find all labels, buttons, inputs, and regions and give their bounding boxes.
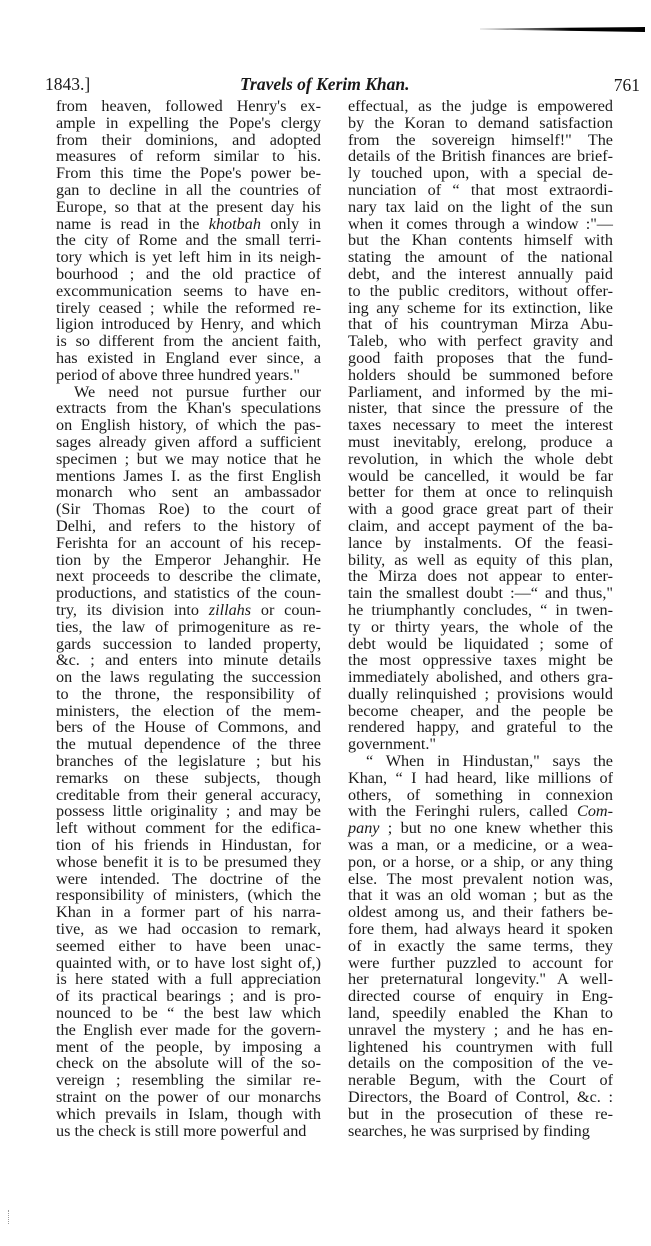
text-line: &c. ; and enters into minute details [56, 652, 321, 669]
text-line: oldest among us, and their fathers be- [348, 904, 613, 921]
text-line: ample in expelling the Pope's clergy [56, 115, 321, 132]
text-line: tory which is yet left him in its neigh- [56, 249, 321, 266]
text-line: but the Khan contents himself with [348, 232, 613, 249]
text-line: else. The most prevalent notion was, [348, 871, 613, 888]
text-line: possess little originality ; and may be [56, 803, 321, 820]
text-line: ment of the people, by imposing a [56, 1039, 321, 1056]
text-line: debt, and the interest annually paid [348, 266, 613, 283]
text-line: pany ; but no one knew whether this [348, 820, 613, 837]
text-line: from heaven, followed Henry's ex- [56, 98, 321, 115]
text-line: gards succession to landed property, [56, 636, 321, 653]
text-line: the English ever made for the govern- [56, 1022, 321, 1039]
margin-mark [8, 1210, 10, 1224]
text-line: creditable from their general accuracy, [56, 787, 321, 804]
text-line: the city of Rome and the small terri- [56, 232, 321, 249]
running-header: 1843.] Travels of Kerim Khan. 761 [45, 74, 645, 96]
text-line: mentions James I. as the first English [56, 468, 321, 485]
text-line: that of his countryman Mirza Abu- [348, 316, 613, 333]
right-text-column: effectual, as the judge is empoweredby t… [348, 98, 613, 1139]
text-line: unravel the mystery ; and he has en- [348, 1022, 613, 1039]
text-line: We need not pursue further our [56, 384, 321, 401]
text-line: by the Koran to demand satisfaction [348, 115, 613, 132]
text-line: revolution, in which the whole debt [348, 451, 613, 468]
text-line: bility, as well as equity of this plan, [348, 552, 613, 569]
text-line: of in exactly the same terms, they [348, 938, 613, 955]
text-line: become cheaper, and the people be [348, 703, 613, 720]
text-line: branches of the legislature ; but his [56, 753, 321, 770]
text-line: excommunication seems to have en- [56, 283, 321, 300]
text-line: effectual, as the judge is empowered [348, 98, 613, 115]
text-line: from the sovereign himself!" The [348, 132, 613, 149]
text-line: details of the British finances are brie… [348, 148, 613, 165]
text-line: when it comes through a window :"— [348, 216, 613, 233]
text-line: (Sir Thomas Roe) to the court of [56, 501, 321, 518]
top-page-rule [480, 27, 645, 32]
text-line: on the laws regulating the succession [56, 669, 321, 686]
text-line: us the check is still more powerful and [56, 1123, 321, 1140]
left-text-column: from heaven, followed Henry's ex-ample i… [56, 98, 321, 1139]
text-line: straint on the power of our monarchs [56, 1089, 321, 1106]
text-line: better for them at once to relinquish [348, 484, 613, 501]
text-line: directed course of enquiry in Eng- [348, 988, 613, 1005]
text-line: of its practical bearings ; and is pro- [56, 988, 321, 1005]
text-line: debt would be liquidated ; some of [348, 636, 613, 653]
text-line: tain the smallest doubt :—“ and thus," [348, 585, 613, 602]
text-line: seemed either to have been unac- [56, 938, 321, 955]
text-line: gan to decline in all the countries of [56, 182, 321, 199]
text-line: the mutual dependence of the three [56, 736, 321, 753]
text-line: pon, or a horse, or a ship, or any thing [348, 854, 613, 871]
text-line: has existed in England ever since, a [56, 350, 321, 367]
text-line: nister, that since the pressure of the [348, 400, 613, 417]
text-line: Khan in a former part of his narra- [56, 904, 321, 921]
text-line: productions, and statistics of the coun- [56, 585, 321, 602]
page-number: 761 [614, 75, 640, 96]
text-line: Directors, the Board of Control, &c. : [348, 1089, 613, 1106]
text-line: nounced to be “ the best law which [56, 1005, 321, 1022]
text-line: holders should be summoned before [348, 367, 613, 384]
text-line: tive, as we had occasion to remark, [56, 921, 321, 938]
text-line: to the public creditors, without offer- [348, 283, 613, 300]
text-line: bers of the House of Commons, and [56, 719, 321, 736]
text-line: were further puzzled to account for [348, 955, 613, 972]
header-year: 1843.] [45, 74, 90, 95]
text-line: “ When in Hindustan," says the [348, 753, 613, 770]
text-line: quainted with, or to have lost sight of,… [56, 955, 321, 972]
text-line: others, of something in connexion [348, 787, 613, 804]
text-line: Taleb, who with perfect gravity and [348, 333, 613, 350]
text-line: the most oppressive taxes might be [348, 652, 613, 669]
text-line: but in the prosecution of these re- [348, 1106, 613, 1123]
text-line: immediately abolished, and others gra- [348, 669, 613, 686]
text-line: the Mirza does not appear to enter- [348, 568, 613, 585]
text-line: must inevitably, erelong, produce a [348, 434, 613, 451]
text-line: tirely ceased ; while the reformed re- [56, 300, 321, 317]
text-line: lance by instalments. Of the feasi- [348, 535, 613, 552]
text-line: taxes necessary to meet the interest [348, 417, 613, 434]
text-line: Parliament, and informed by the mi- [348, 384, 613, 401]
text-line: nerable Begum, with the Court of [348, 1072, 613, 1089]
text-line: remarks on these subjects, though [56, 770, 321, 787]
text-line: monarch who sent an ambassador [56, 484, 321, 501]
text-line: from their dominions, and adopted [56, 132, 321, 149]
text-line: check on the absolute will of the so- [56, 1055, 321, 1072]
text-line: ministers, the election of the mem- [56, 703, 321, 720]
text-line: her preternatural longevity." A well- [348, 971, 613, 988]
text-line: details on the composition of the ve- [348, 1055, 613, 1072]
text-line: specimen ; but we may notice that he [56, 451, 321, 468]
text-line: dually relinquished ; provisions would [348, 686, 613, 703]
text-line: measures of reform similar to his. [56, 148, 321, 165]
text-line: fore them, had always heard it spoken [348, 921, 613, 938]
text-line: period of above three hundred years." [56, 367, 321, 384]
text-line: bourhood ; and the old practice of [56, 266, 321, 283]
text-line: ligion introduced by Henry, and which [56, 316, 321, 333]
text-line: ties, the law of primogeniture as re- [56, 619, 321, 636]
text-line: land, speedily enabled the Khan to [348, 1005, 613, 1022]
text-line: ly touched upon, with a special de- [348, 165, 613, 182]
text-line: he triumphantly concludes, “ in twen- [348, 602, 613, 619]
text-line: ty or thirty years, the whole of the [348, 619, 613, 636]
text-line: tion of his friends in Hindustan, for [56, 837, 321, 854]
text-line: Delhi, and refers to the history of [56, 518, 321, 535]
text-line: searches, he was surprised by finding [348, 1123, 613, 1140]
text-line: try, its division into zillahs or coun- [56, 602, 321, 619]
text-line: whose benefit it is to be presumed they [56, 854, 321, 871]
text-line: with the Feringhi rulers, called Com- [348, 803, 613, 820]
text-line: next proceeds to describe the climate, [56, 568, 321, 585]
text-line: responsibility of ministers, (which the [56, 887, 321, 904]
text-line: is here stated with a full appreciation [56, 971, 321, 988]
text-line: rendered happy, and grateful to the [348, 719, 613, 736]
text-line: on English history, of which the pas- [56, 417, 321, 434]
text-line: is so different from the ancient faith, [56, 333, 321, 350]
text-line: nunciation of “ that most extraordi- [348, 182, 613, 199]
text-line: left without comment for the edifica- [56, 820, 321, 837]
text-line: From this time the Pope's power be- [56, 165, 321, 182]
text-line: name is read in the khotbah only in [56, 216, 321, 233]
text-line: ing any scheme for its extinction, like [348, 300, 613, 317]
text-line: Khan, “ I had heard, like millions of [348, 770, 613, 787]
text-line: lightened his countrymen with full [348, 1039, 613, 1056]
text-line: good faith proposes that the fund- [348, 350, 613, 367]
text-line: stating the amount of the national [348, 249, 613, 266]
text-line: sages already given afford a sufficient [56, 434, 321, 451]
text-line: government." [348, 736, 613, 753]
text-line: extracts from the Khan's speculations [56, 400, 321, 417]
text-line: claim, and accept payment of the ba- [348, 518, 613, 535]
text-line: were intended. The doctrine of the [56, 871, 321, 888]
text-line: was a man, or a medicine, or a wea- [348, 837, 613, 854]
text-line: that it was an old woman ; but as the [348, 887, 613, 904]
text-line: with a good grace great part of their [348, 501, 613, 518]
text-line: Ferishta for an account of his recep- [56, 535, 321, 552]
text-line: to the throne, the responsibility of [56, 686, 321, 703]
text-line: nary tax laid on the light of the sun [348, 199, 613, 216]
text-line: which prevails in Islam, though with [56, 1106, 321, 1123]
text-line: would be cancelled, it would be far [348, 468, 613, 485]
running-title: Travels of Kerim Khan. [240, 74, 410, 95]
text-line: tion by the Emperor Jehanghir. He [56, 552, 321, 569]
text-line: Europe, so that at the present day his [56, 199, 321, 216]
text-line: vereign ; resembling the similar re- [56, 1072, 321, 1089]
